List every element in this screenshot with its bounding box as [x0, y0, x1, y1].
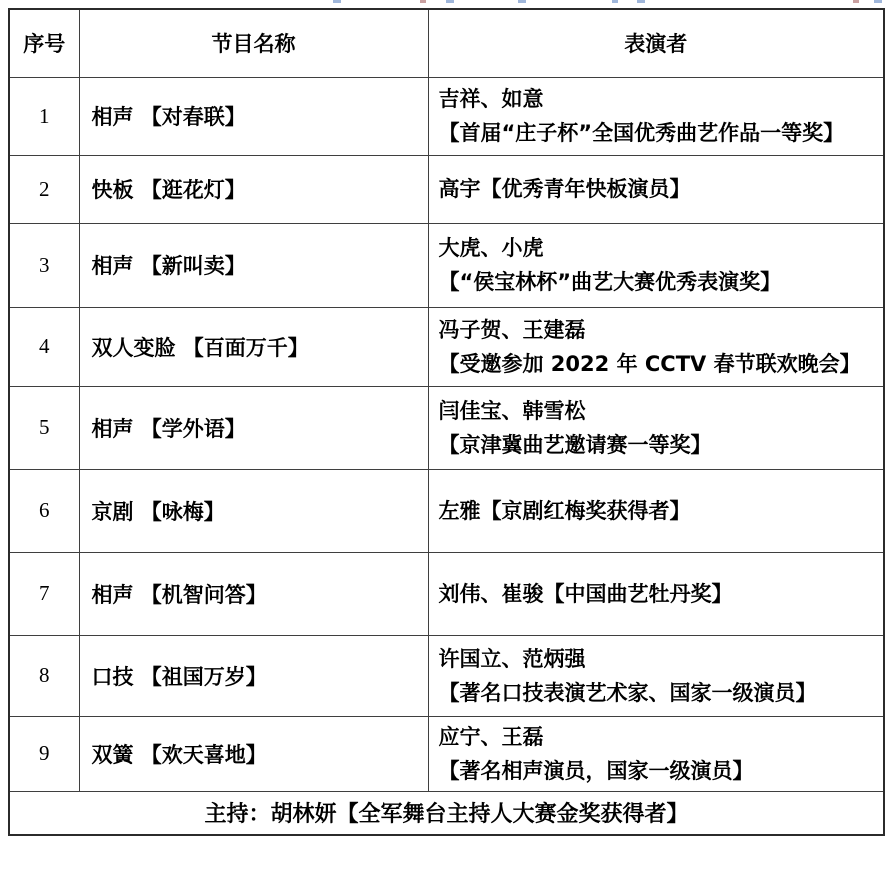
performer-cell: 左雅【京剧红梅奖获得者】	[428, 469, 884, 552]
table-row: 3 相声 【新叫卖】 大虎、小虎 【“侯宝林杯”曲艺大赛优秀表演奖】	[9, 223, 884, 307]
program-name: 双簧 【欢天喜地】	[79, 716, 428, 791]
program-name: 快板 【逛花灯】	[79, 155, 428, 223]
program-name: 相声 【机智问答】	[79, 552, 428, 635]
table-row: 7 相声 【机智问答】 刘伟、崔骏【中国曲艺牡丹奖】	[9, 552, 884, 635]
row-number: 4	[9, 307, 79, 386]
performer-cell: 许国立、范炳强 【著名口技表演艺术家、国家一级演员】	[428, 635, 884, 716]
row-number: 3	[9, 223, 79, 307]
row-number: 1	[9, 77, 79, 155]
performer-cell: 高宇【优秀青年快板演员】	[428, 155, 884, 223]
performer-award-line: 【京津冀曲艺邀请赛一等奖】	[439, 428, 878, 462]
table-row: 1 相声 【对春联】 吉祥、如意 【首届“庄子杯”全国优秀曲艺作品一等奖】	[9, 77, 884, 155]
host-line: 主持：胡林妍【全军舞台主持人大赛金奖获得者】	[9, 791, 884, 835]
performer-line: 应宁、王磊	[439, 720, 878, 754]
program-name: 双人变脸 【百面万千】	[79, 307, 428, 386]
row-number: 7	[9, 552, 79, 635]
row-number: 9	[9, 716, 79, 791]
document-page: 序号 节目名称 表演者 1 相声 【对春联】 吉祥、如意 【首届“庄子杯”全国优…	[0, 0, 889, 870]
row-number: 6	[9, 469, 79, 552]
header-program: 节目名称	[79, 9, 428, 77]
performer-cell: 应宁、王磊 【著名相声演员，国家一级演员】	[428, 716, 884, 791]
performer-cell: 闫佳宝、韩雪松 【京津冀曲艺邀请赛一等奖】	[428, 386, 884, 469]
host-row: 主持：胡林妍【全军舞台主持人大赛金奖获得者】	[9, 791, 884, 835]
header-index: 序号	[9, 9, 79, 77]
performer-line: 冯子贺、王建磊	[439, 313, 878, 347]
performer-cell: 冯子贺、王建磊 【受邀参加 2022 年 CCTV 春节联欢晚会】	[428, 307, 884, 386]
table-header-row: 序号 节目名称 表演者	[9, 9, 884, 77]
table-row: 4 双人变脸 【百面万千】 冯子贺、王建磊 【受邀参加 2022 年 CCTV …	[9, 307, 884, 386]
program-name: 相声 【新叫卖】	[79, 223, 428, 307]
table-row: 9 双簧 【欢天喜地】 应宁、王磊 【著名相声演员，国家一级演员】	[9, 716, 884, 791]
row-number: 5	[9, 386, 79, 469]
performer-line: 大虎、小虎	[439, 231, 878, 265]
performer-line: 吉祥、如意	[439, 82, 878, 116]
row-number: 2	[9, 155, 79, 223]
program-name: 相声 【学外语】	[79, 386, 428, 469]
program-name: 相声 【对春联】	[79, 77, 428, 155]
performer-line: 许国立、范炳强	[439, 642, 878, 676]
table-row: 6 京剧 【咏梅】 左雅【京剧红梅奖获得者】	[9, 469, 884, 552]
table-row: 2 快板 【逛花灯】 高宇【优秀青年快板演员】	[9, 155, 884, 223]
performer-line: 高宇【优秀青年快板演员】	[439, 172, 878, 206]
performer-award-line: 【“侯宝林杯”曲艺大赛优秀表演奖】	[439, 265, 878, 299]
performer-award-line: 【著名相声演员，国家一级演员】	[439, 754, 878, 788]
header-performer: 表演者	[428, 9, 884, 77]
table-row: 8 口技 【祖国万岁】 许国立、范炳强 【著名口技表演艺术家、国家一级演员】	[9, 635, 884, 716]
program-name: 京剧 【咏梅】	[79, 469, 428, 552]
performer-line: 刘伟、崔骏【中国曲艺牡丹奖】	[439, 577, 878, 611]
program-table: 序号 节目名称 表演者 1 相声 【对春联】 吉祥、如意 【首届“庄子杯”全国优…	[8, 8, 885, 836]
performer-award-line: 【受邀参加 2022 年 CCTV 春节联欢晚会】	[439, 347, 878, 381]
table-row: 5 相声 【学外语】 闫佳宝、韩雪松 【京津冀曲艺邀请赛一等奖】	[9, 386, 884, 469]
performer-award-line: 【著名口技表演艺术家、国家一级演员】	[439, 676, 878, 710]
performer-line: 闫佳宝、韩雪松	[439, 394, 878, 428]
row-number: 8	[9, 635, 79, 716]
performer-cell: 刘伟、崔骏【中国曲艺牡丹奖】	[428, 552, 884, 635]
performer-cell: 吉祥、如意 【首届“庄子杯”全国优秀曲艺作品一等奖】	[428, 77, 884, 155]
program-name: 口技 【祖国万岁】	[79, 635, 428, 716]
performer-line: 左雅【京剧红梅奖获得者】	[439, 494, 878, 528]
performer-cell: 大虎、小虎 【“侯宝林杯”曲艺大赛优秀表演奖】	[428, 223, 884, 307]
performer-award-line: 【首届“庄子杯”全国优秀曲艺作品一等奖】	[439, 116, 878, 150]
